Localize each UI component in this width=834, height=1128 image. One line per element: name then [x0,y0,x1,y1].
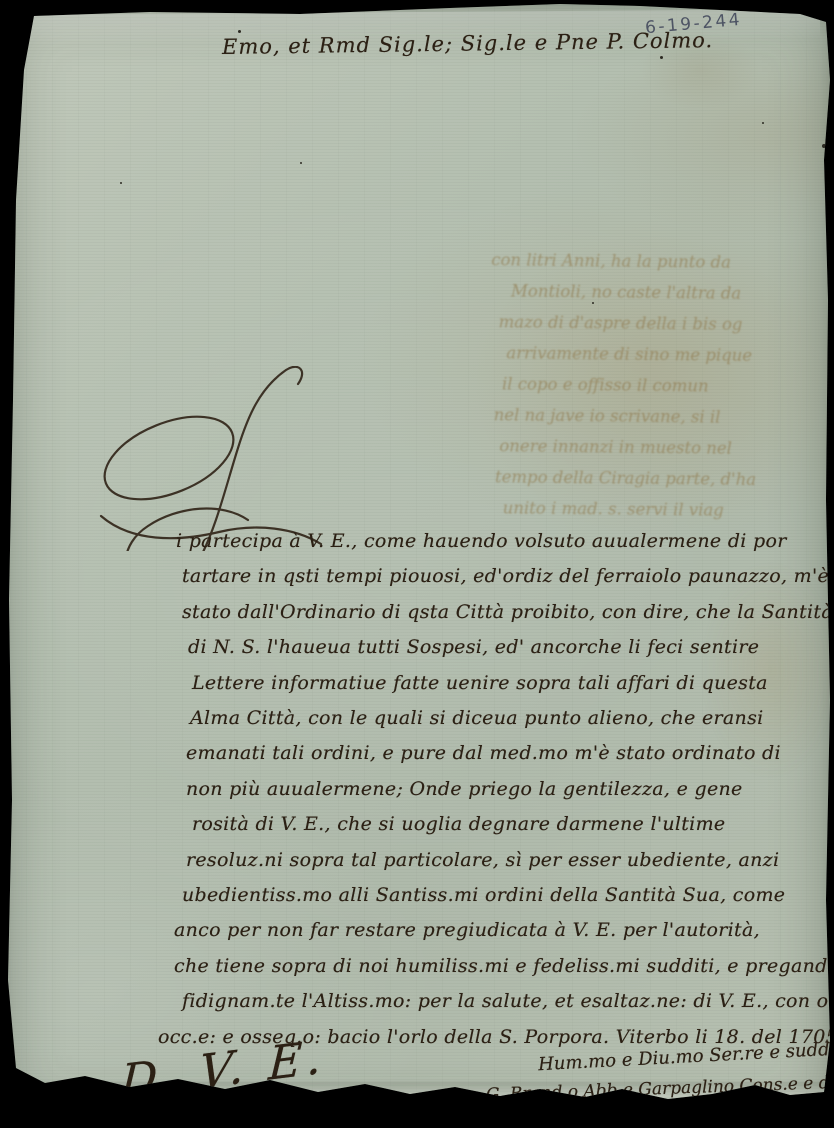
body-line: rosità di V. E., che si uoglia degnare d… [192,807,832,842]
manuscript-page: 6-19-244 Emo, et Rmd Sig.le; Sig.le e Pn… [0,0,834,1128]
bleedthrough-line: il copo e offisso il comun [502,368,830,402]
ink-speck [822,144,826,148]
body-line: non più auualermene; Onde priego la gent… [186,772,832,807]
body-line: i partecipa à V. E., come hauendo volsut… [176,524,832,559]
ink-speck [300,162,302,164]
body-line: stato dall'Ordinario di qsta Città proib… [182,595,832,630]
salutation-line: Emo, et Rmd Sig.le; Sig.le e Pne P. Colm… [222,29,652,59]
closing-monogram: D. V. E. [119,1029,327,1109]
body-line: Lettere informatiue fatte uenire sopra t… [192,666,832,701]
bleedthrough-line: unito i mad. s. servi il viag [503,492,829,526]
body-line: fidignam.te l'Altiss.mo: per la salute, … [182,984,832,1019]
body-line: emanati tali ordini, e pure dal med.mo m… [186,736,832,771]
letter-body: i partecipa à V. E., come hauendo volsut… [170,524,832,1055]
bleedthrough-line: onere innanzi in muesto nel [499,430,829,464]
body-line: Alma Città, con le quali si diceua punto… [190,701,832,736]
ink-speck [120,182,122,184]
ink-speck [238,30,241,33]
ink-speck [660,56,663,59]
bleedthrough-line: tempo della Ciragia parte, d'ha [495,461,829,495]
bleedthrough-line: con litri Anni, ha la punto da [491,244,831,279]
ink-speck [762,122,764,124]
signature-name: G. Brand.o Abb.e Garpaglino Cons.e e da … [486,1071,834,1105]
body-line: ubedientiss.mo alli Santiss.mi ordini de… [182,878,832,913]
body-line: anco per non far restare pregiudicata à … [174,913,832,948]
bleedthrough-line: arrivamente di sino me pique [506,337,830,371]
scan-background: 6-19-244 Emo, et Rmd Sig.le; Sig.le e Pn… [0,0,834,1128]
body-line: tartare in qsti tempi piouosi, ed'ordiz … [182,559,832,594]
body-line: resoluz.ni sopra tal particolare, sì per… [186,843,832,878]
body-line: di N. S. l'haueua tutti Sospesi, ed' anc… [188,630,832,665]
bleedthrough-line: nel na jave io scrivane, si il [494,399,830,434]
bleedthrough-line: mazo di d'aspre della i bis og [498,306,830,340]
body-line: che tiene sopra di noi humiliss.mi e fed… [174,949,832,984]
bleedthrough-text: con litri Anni, ha la punto daMontioli, … [481,244,832,527]
bleedthrough-line: Montioli, no caste l'altra da [511,275,831,309]
